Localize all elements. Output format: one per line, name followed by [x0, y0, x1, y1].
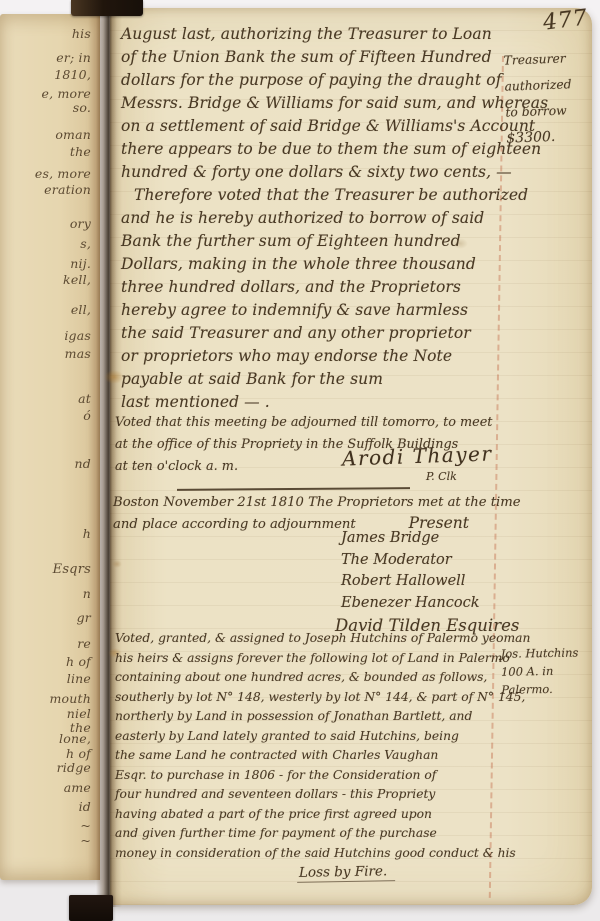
- facing-page-fragment: his: [72, 26, 91, 41]
- facing-page-fragment: es, more: [35, 166, 91, 181]
- manuscript-line: payable at said Bank for the sum: [121, 368, 505, 391]
- facing-page-fragment: ~: [80, 818, 91, 833]
- facing-page-fragment: h of: [66, 746, 91, 761]
- ink-stain: [112, 560, 122, 568]
- manuscript-line: or proprietors who may endorse the Note: [121, 345, 505, 368]
- manuscript-line: and he is hereby authorized to borrow of…: [121, 207, 505, 230]
- facing-page-fragment: id: [79, 799, 91, 814]
- facing-page-fragment: igas: [64, 328, 91, 343]
- manuscript-line: Voted that this meeting be adjourned til…: [115, 412, 499, 434]
- manuscript-line: easterly by Land lately granted to said …: [115, 727, 501, 747]
- facing-page-fragment: nd: [75, 456, 91, 471]
- attendee-list: James Bridge The Moderator Robert Hallow…: [341, 528, 519, 637]
- facing-page-fragment: n: [83, 586, 91, 601]
- scanned-manuscript: his er; in 1810, e, more so. oman the es…: [0, 0, 600, 921]
- manuscript-line: hereby agree to indemnify & save harmles…: [121, 299, 505, 322]
- land-grant-vote: Voted, granted, & assigned to Joseph Hut…: [115, 629, 501, 863]
- facing-page-fragment: 1810,: [54, 67, 91, 82]
- facing-page-fragment: line: [67, 671, 91, 686]
- manuscript-line: three hundred dollars, and the Proprieto…: [121, 276, 505, 299]
- binding-tape-top: [71, 0, 143, 16]
- facing-page-fragment: ell,: [71, 302, 91, 317]
- facing-page-fragment: h of: [66, 654, 91, 669]
- manuscript-line: and given further time for payment of th…: [115, 824, 501, 844]
- manuscript-line: his heirs & assigns forever the followin…: [115, 649, 501, 669]
- facing-page-fragment: ó: [83, 408, 91, 423]
- manuscript-line: the same Land he contracted with Charles…: [115, 746, 501, 766]
- manuscript-line: four hundred and seventeen dollars - thi…: [115, 785, 501, 805]
- manuscript-line: containing about one hundred acres, & bo…: [115, 668, 501, 688]
- manuscript-line: money in consideration of the said Hutch…: [115, 844, 501, 864]
- facing-page-fragments: his er; in 1810, e, more so. oman the es…: [0, 0, 98, 921]
- attendee-name: Ebenezer Hancock: [341, 593, 519, 615]
- facing-page-fragment: gr: [77, 610, 91, 625]
- manuscript-line: Therefore voted that the Treasurer be au…: [121, 184, 505, 207]
- facing-page-fragment: e, more: [42, 86, 92, 101]
- manuscript-line: hundred & forty one dollars & sixty two …: [121, 161, 505, 184]
- closing-phrase: Loss by Fire.: [297, 863, 396, 883]
- manuscript-line: southerly by lot N° 148, westerly by lot…: [115, 688, 501, 708]
- manuscript-line: Voted, granted, & assigned to Joseph Hut…: [115, 629, 501, 649]
- binding-tape-bottom: [69, 895, 113, 921]
- margin-note-line: 100 A. in: [501, 661, 597, 681]
- facing-page-fragment: er; in: [56, 50, 91, 65]
- manuscript-line: the said Treasurer and any other proprie…: [121, 322, 505, 345]
- facing-page-fragment: ~: [80, 833, 91, 848]
- facing-page-fragment: kell,: [63, 272, 91, 287]
- attendee-name: James Bridge: [341, 528, 519, 550]
- facing-page-fragment: nij.: [70, 256, 91, 271]
- facing-page-fragment: re: [77, 636, 91, 651]
- manuscript-line: dollars for the purpose of paying the dr…: [121, 69, 505, 92]
- heading-line2-text: and place according to adjournment: [113, 514, 356, 535]
- manuscript-line: Messrs. Bridge & Williams for said sum, …: [121, 92, 505, 115]
- facing-page-fragment: mas: [65, 346, 91, 361]
- entry-august-continuation: August last, authorizing the Treasurer t…: [121, 23, 505, 414]
- manuscript-line: Boston November 21st 1810 The Proprietor…: [113, 492, 469, 513]
- facing-page-fragment: so.: [73, 100, 91, 115]
- facing-page-fragment: ridge: [57, 760, 91, 775]
- facing-page-fragment: ory: [70, 216, 91, 231]
- facing-page-fragment: at: [78, 391, 91, 406]
- manuscript-line: of the Union Bank the sum of Fifteen Hun…: [121, 46, 505, 69]
- facing-page-fragment: lone,: [59, 731, 91, 746]
- attendee-name: The Moderator: [341, 550, 519, 572]
- manuscript-line: there appears to be due to them the sum …: [121, 138, 505, 161]
- facing-page-fragment: eration: [44, 182, 91, 197]
- manuscript-line: northerly by Land in possession of Jonat…: [115, 707, 501, 727]
- facing-page-fragment: s,: [80, 236, 91, 251]
- facing-page-fragment: niel: [67, 706, 91, 721]
- margin-note-line: Jos. Hutchins: [501, 643, 597, 663]
- manuscript-line: Esqr. to purchase in 1806 - for the Cons…: [115, 766, 501, 786]
- attendee-name: Robert Hallowell: [341, 571, 519, 593]
- manuscript-line: on a settlement of said Bridge & William…: [121, 115, 505, 138]
- manuscript-line: Dollars, making in the whole three thous…: [121, 253, 505, 276]
- clerk-signature-title: P. Clk: [426, 470, 457, 483]
- facing-page-fragment: mouth: [49, 691, 91, 706]
- manuscript-line: last mentioned — .: [121, 391, 505, 414]
- facing-page-fragment: the: [70, 144, 91, 159]
- margin-note-line: Treasurer: [503, 44, 596, 73]
- facing-page-fragment: Esqrs: [53, 562, 91, 577]
- facing-page-fragment: h: [83, 526, 91, 541]
- manuscript-line: August last, authorizing the Treasurer t…: [121, 23, 505, 46]
- facing-page-fragment: ame: [64, 780, 91, 795]
- manuscript-line: Bank the further sum of Eighteen hundred: [121, 230, 505, 253]
- manuscript-line: having abated a part of the price first …: [115, 805, 501, 825]
- facing-page-fragment: oman: [55, 127, 91, 142]
